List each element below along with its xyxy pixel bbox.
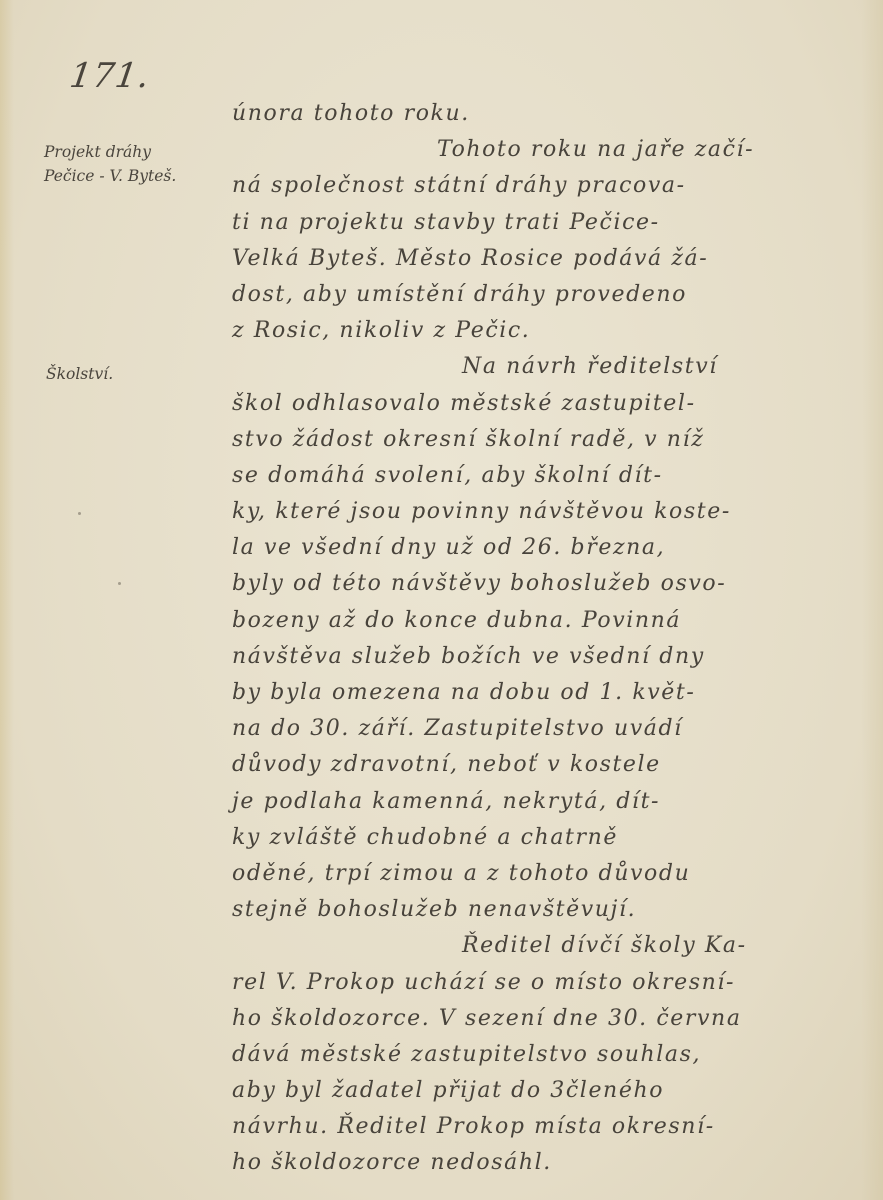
ink-speck <box>118 582 121 585</box>
text-line: byly od této návštěvy bohoslužeb osvo- <box>232 566 872 602</box>
text-line: Tohoto roku na jaře začí- <box>232 132 872 168</box>
margin-note-railway-project: Projekt dráhy Pečice - V. Byteš. <box>44 140 176 188</box>
text-line: oděné, trpí zimou a z tohoto důvodu <box>232 856 872 892</box>
text-line: ky zvláště chudobné a chatrně <box>232 820 872 856</box>
manuscript-page: 171. Projekt dráhy Pečice - V. Byteš. Šk… <box>0 0 883 1200</box>
text-line: bozeny až do konce dubna. Povinná <box>232 603 872 639</box>
page-number: 171. <box>67 56 152 96</box>
text-line: Na návrh ředitelství <box>232 349 872 385</box>
margin-note-education: Školství. <box>46 362 113 386</box>
text-line: se domáhá svolení, aby školní dít- <box>232 458 872 494</box>
text-line: ky, které jsou povinny návštěvou koste- <box>232 494 872 530</box>
text-line: února tohoto roku. <box>232 96 872 132</box>
text-line: stvo žádost okresní školní radě, v níž <box>232 422 872 458</box>
text-line: důvody zdravotní, neboť v kostele <box>232 747 872 783</box>
text-line: je podlaha kamenná, nekrytá, dít- <box>232 784 872 820</box>
margin-note-line: Pečice - V. Byteš. <box>44 164 176 188</box>
text-line: dává městské zastupitelstvo souhlas, <box>232 1037 872 1073</box>
text-line: škol odhlasovalo městské zastupitel- <box>232 386 872 422</box>
text-line: dost, aby umístění dráhy provedeno <box>232 277 872 313</box>
text-line: Velká Byteš. Město Rosice podává žá- <box>232 241 872 277</box>
text-line: la ve všední dny už od 26. března, <box>232 530 872 566</box>
handwritten-body: února tohoto roku. Tohoto roku na jaře z… <box>232 96 872 1182</box>
text-line: ho školdozorce nedosáhl. <box>232 1145 872 1181</box>
text-line: stejně bohoslužeb nenavštěvují. <box>232 892 872 928</box>
text-line: návštěva služeb božích ve všední dny <box>232 639 872 675</box>
text-line: na do 30. září. Zastupitelstvo uvádí <box>232 711 872 747</box>
text-line: z Rosic, nikoliv z Pečic. <box>232 313 872 349</box>
text-line: návrhu. Ředitel Prokop místa okresní- <box>232 1109 872 1145</box>
text-line: ná společnost státní dráhy pracova- <box>232 168 872 204</box>
text-line: rel V. Prokop uchází se o místo okresní- <box>232 965 872 1001</box>
margin-note-line: Projekt dráhy <box>44 140 176 164</box>
text-line: by byla omezena na dobu od 1. květ- <box>232 675 872 711</box>
margin-note-line: Školství. <box>46 362 113 386</box>
text-line: ti na projektu stavby trati Pečice- <box>232 205 872 241</box>
text-line: aby byl žadatel přijat do 3členého <box>232 1073 872 1109</box>
text-line: Ředitel dívčí školy Ka- <box>232 928 872 964</box>
text-line: ho školdozorce. V sezení dne 30. června <box>232 1001 872 1037</box>
ink-speck <box>78 512 81 515</box>
